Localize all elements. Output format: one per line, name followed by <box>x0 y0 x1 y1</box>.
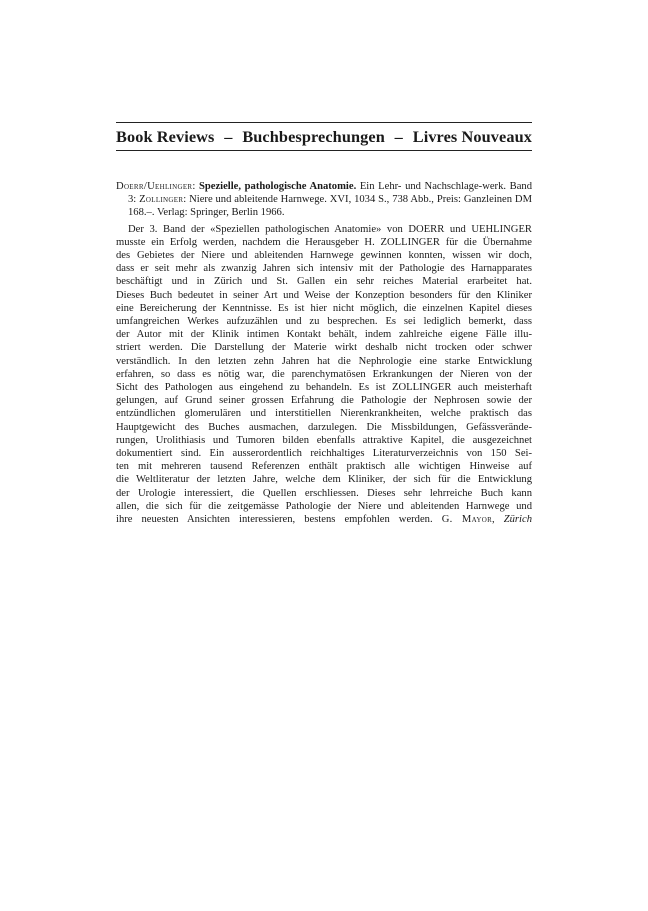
citation-authors: Doerr/Uehlinger <box>116 181 192 192</box>
body-line: eine Bereicherung der Kenntnisse. Es ist… <box>116 302 532 315</box>
heading-english: Book Reviews <box>116 127 214 147</box>
body-line: Hauptgewicht des Buches ausmachen, darzu… <box>116 421 532 434</box>
document-page: Book Reviews – Buchbesprechungen – Livre… <box>0 0 648 911</box>
heading-french: Livres Nouveaux <box>413 127 532 147</box>
body-line: dokumentiert sind. Ein ausserordentlich … <box>116 447 532 460</box>
book-review: Doerr/Uehlinger: Spezielle, pathologisch… <box>116 180 532 526</box>
body-line: beschäftigt und in Zürich und St. Gallen… <box>116 275 532 288</box>
citation-title: Spezielle, pathologische Anatomie. <box>199 181 356 192</box>
heading-german: Buchbesprechungen <box>242 127 385 147</box>
citation-volume-author: Zollinger <box>139 194 183 205</box>
body-line: musste ein Erfolg werden, nachdem die He… <box>116 236 532 249</box>
citation-desc-3: : Niere und ableitende Harnwege. XVI, 10… <box>183 194 434 205</box>
body-line: die Weltliteratur der letzten Jahre, wel… <box>116 473 532 486</box>
header-top-rule <box>116 122 532 123</box>
body-line: allen, die sich für die zeitgemässe Path… <box>116 500 532 513</box>
body-line: dass er seit mehr als zwanzig Jahren sic… <box>116 262 532 275</box>
body-line: ten mit mehreren tausend Referenzen enth… <box>116 460 532 473</box>
reviewer-name: G. Mayor <box>442 514 492 525</box>
body-line: ihre neuesten Ansichten interessieren, b… <box>116 514 433 525</box>
body-line: der Autor mit der Klinik intimen Kontakt… <box>116 328 532 341</box>
body-line: gelungen, auf Grund seiner grossen Erfah… <box>116 394 532 407</box>
body-line: Dieses Buch bedeutet in seiner Art und W… <box>116 289 532 302</box>
body-line: Sicht des Pathologen aus eingehend zu be… <box>116 381 532 394</box>
body-line: umfangreichen Werkes aufzuzählen und zu … <box>116 315 532 328</box>
body-line: der Urologie interessiert, die Quellen e… <box>116 487 532 500</box>
body-line: Der 3. Band der «Speziellen pathologisch… <box>116 223 532 236</box>
book-citation: Doerr/Uehlinger: Spezielle, pathologisch… <box>116 180 532 220</box>
body-line: striert werden. Die Darstellung der Mate… <box>116 341 532 354</box>
citation-desc-1: Ein Lehr- und Nachschlage- <box>356 181 482 192</box>
body-line: des Gebietes der Niere und ableitenden H… <box>116 249 532 262</box>
body-line: erfahren, so dass es nötig war, die pare… <box>116 368 532 381</box>
reviewer-signature: G. Mayor, Zürich <box>442 514 532 525</box>
body-line: verständlich. In den letzten zehn Jahren… <box>116 355 532 368</box>
heading-separator: – <box>224 127 232 147</box>
header-bottom-rule <box>116 150 532 151</box>
final-line-with-signature: ihre neuesten Ansichten interessieren, b… <box>116 513 532 526</box>
body-line: rungen, Urolithiasis und Tumoren bilden … <box>116 434 532 447</box>
review-body: Der 3. Band der «Speziellen pathologisch… <box>116 223 532 527</box>
body-line: entzündlichen glomerulären und interstit… <box>116 407 532 420</box>
reviewer-place: Zürich <box>504 514 532 525</box>
heading-separator: – <box>395 127 403 147</box>
section-heading: Book Reviews – Buchbesprechungen – Livre… <box>116 126 532 148</box>
